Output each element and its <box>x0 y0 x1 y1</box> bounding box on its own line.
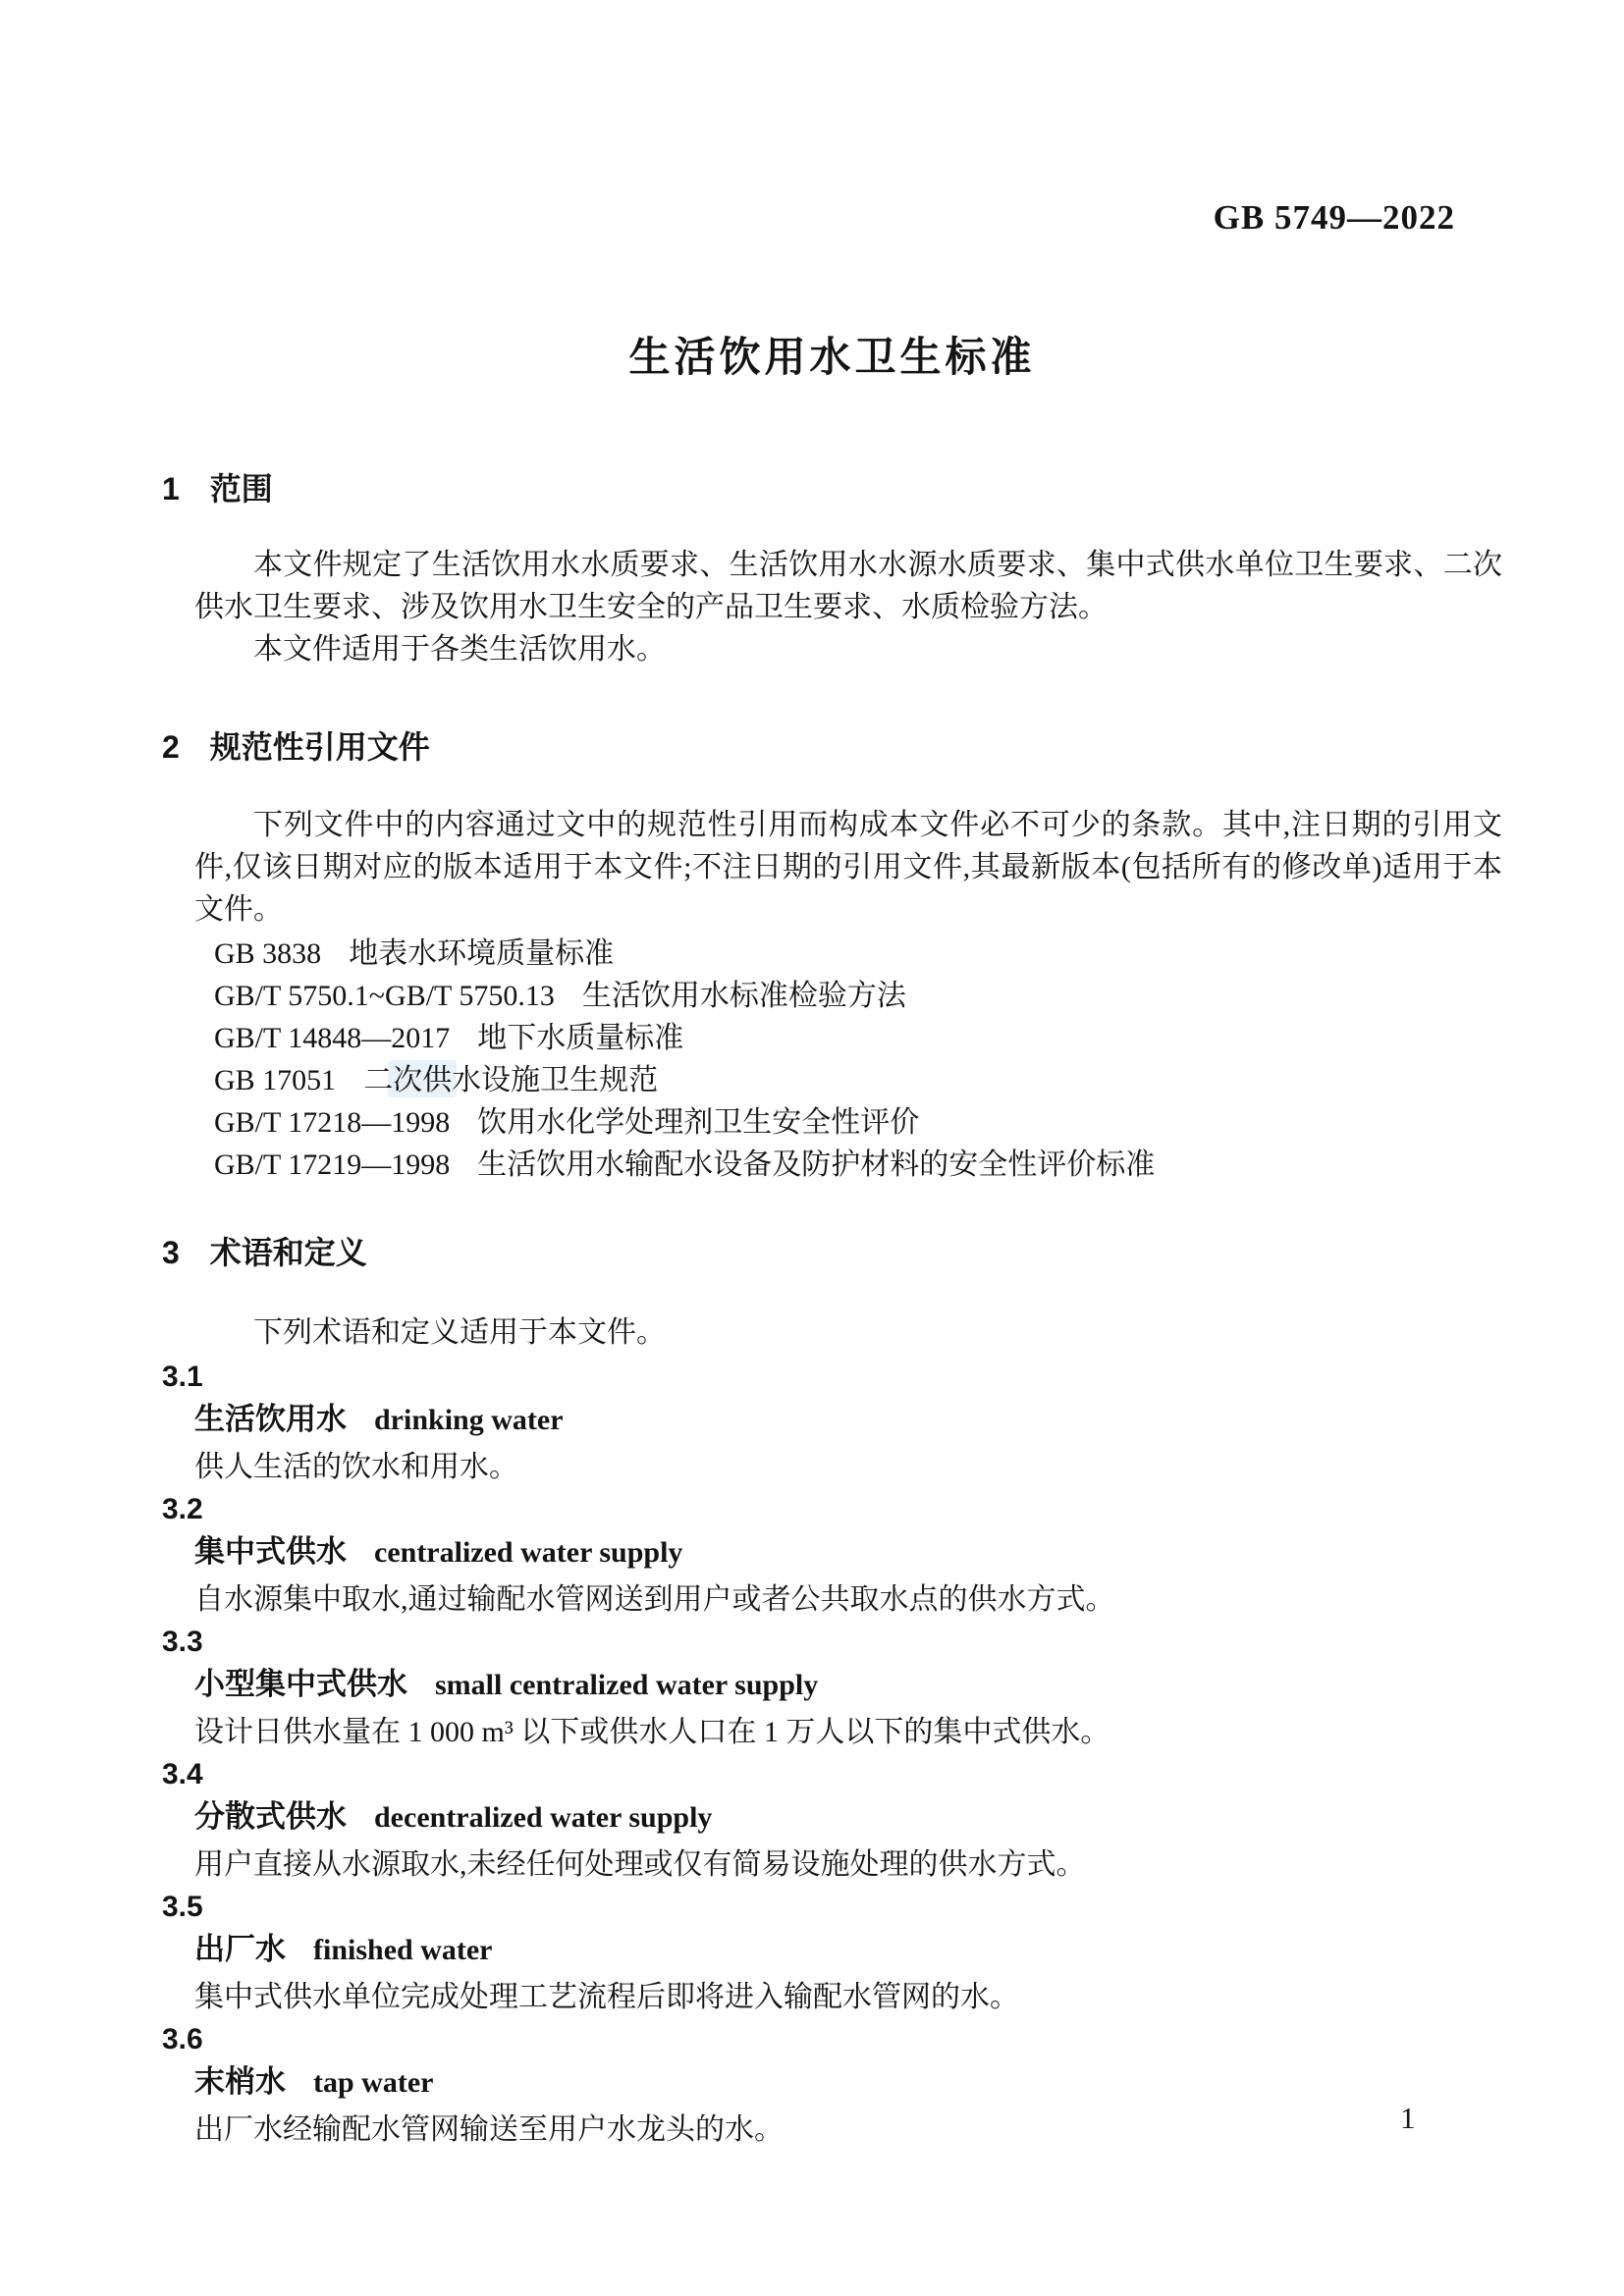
definition-list: 3.1 生活饮用水drinking water 供人生活的饮水和用水。 3.2 … <box>162 1356 1502 2151</box>
section-3-title: 术语和定义 <box>210 1235 367 1270</box>
definition-block: 3.3 小型集中式供水small centralized water suppl… <box>162 1621 1502 1753</box>
definition-text: 用户直接从水源取水,未经任何处理或仅有简易设施处理的供水方式。 <box>194 1843 1502 1886</box>
section-2-number: 2 <box>162 727 180 767</box>
reference-name: 生活饮用水输配水设备及防护材料的安全性评价标准 <box>477 1144 1155 1186</box>
reference-item: GB/T 17219—1998生活饮用水输配水设备及防护材料的安全性评价标准 <box>214 1144 1502 1186</box>
definition-text: 设计日供水量在 1 000 m³ 以下或供水人口在 1 万人以下的集中式供水。 <box>194 1711 1502 1753</box>
definition-id: 3.4 <box>162 1753 1502 1795</box>
definition-term-zh: 分散式供水 <box>194 1799 347 1834</box>
definition-term-en: small centralized water supply <box>435 1664 818 1706</box>
definition-block: 3.1 生活饮用水drinking water 供人生活的饮水和用水。 <box>162 1356 1502 1488</box>
definition-term: 小型集中式供水small centralized water supply <box>194 1663 1502 1711</box>
definition-block: 3.5 出厂水finished water 集中式供水单位完成处理工艺流程后即将… <box>162 1886 1502 2018</box>
definition-term: 出厂水finished water <box>194 1928 1502 1976</box>
definition-term-en: drinking water <box>374 1399 564 1441</box>
definition-term-zh: 小型集中式供水 <box>194 1667 407 1701</box>
definition-term: 末梢水tap water <box>194 2060 1502 2109</box>
section-2-paragraph: 下列文件中的内容通过文中的规范性引用而构成本文件必不可少的条款。其中,注日期的引… <box>194 804 1502 931</box>
page-content: GB 5749—2022 生活饮用水卫生标准 1 范围 本文件规定了生活饮用水水… <box>162 0 1502 2151</box>
doc-number: GB 5749—2022 <box>162 198 1502 238</box>
section-1-number: 1 <box>162 469 180 508</box>
section-3-intro: 下列术语和定义适用于本文件。 <box>194 1311 1502 1354</box>
definition-term: 生活饮用水drinking water <box>194 1398 1502 1446</box>
definition-term-zh: 出厂水 <box>194 1932 286 1966</box>
reference-code: GB/T 5750.1~GB/T 5750.13 <box>214 980 555 1012</box>
reference-name: 二次供水设施卫生规范 <box>363 1059 658 1101</box>
section-1-title: 范围 <box>210 471 273 507</box>
definition-id: 3.3 <box>162 1621 1502 1663</box>
doc-title: 生活饮用水卫生标准 <box>162 330 1502 385</box>
definition-text: 自水源集中取水,通过输配水管网送到用户或者公共取水点的供水方式。 <box>194 1578 1502 1621</box>
definition-term-en: centralized water supply <box>374 1531 682 1574</box>
definition-term: 分散式供水decentralized water supply <box>194 1795 1502 1843</box>
reference-name: 生活饮用水标准检验方法 <box>582 975 906 1017</box>
definition-term: 集中式供水centralized water supply <box>194 1530 1502 1578</box>
definition-text: 供人生活的饮水和用水。 <box>194 1446 1502 1488</box>
reference-code: GB 3838 <box>214 937 321 970</box>
definition-block: 3.6 末梢水tap water 出厂水经输配水管网输送至用户水龙头的水。 <box>162 2018 1502 2151</box>
section-3-number: 3 <box>162 1233 180 1272</box>
section-2-title: 规范性引用文件 <box>210 729 430 765</box>
reference-name: 地表水环境质量标准 <box>349 933 614 975</box>
section-2-heading: 2 规范性引用文件 <box>162 727 1502 767</box>
reference-code: GB 17051 <box>214 1064 336 1096</box>
definition-term-zh: 末梢水 <box>194 2064 286 2099</box>
definition-id: 3.5 <box>162 1886 1502 1928</box>
reference-item: GB 17051二次供水设施卫生规范 <box>214 1059 1502 1101</box>
reference-list: GB 3838地表水环境质量标准 GB/T 5750.1~GB/T 5750.1… <box>162 933 1502 1186</box>
definition-id: 3.2 <box>162 1488 1502 1530</box>
definition-block: 3.2 集中式供水centralized water supply 自水源集中取… <box>162 1488 1502 1621</box>
definition-text: 出厂水经输配水管网输送至用户水龙头的水。 <box>194 2109 1502 2151</box>
reference-item: GB 3838地表水环境质量标准 <box>214 933 1502 975</box>
section-1-paragraph-2: 本文件适用于各类生活饮用水。 <box>194 628 1502 670</box>
reference-name: 地下水质量标准 <box>477 1017 683 1059</box>
section-3-heading: 3 术语和定义 <box>162 1233 1502 1272</box>
definition-term-en: finished water <box>313 1929 493 1971</box>
reference-item: GB/T 14848—2017地下水质量标准 <box>214 1017 1502 1059</box>
reference-name: 饮用水化学处理剂卫生安全性评价 <box>477 1101 919 1144</box>
reference-code: GB/T 14848—2017 <box>214 1022 450 1054</box>
reference-item: GB/T 17218—1998饮用水化学处理剂卫生安全性评价 <box>214 1101 1502 1144</box>
reference-code: GB/T 17219—1998 <box>214 1148 450 1181</box>
definition-id: 3.1 <box>162 1356 1502 1398</box>
section-1-paragraph-1: 本文件规定了生活饮用水水质要求、生活饮用水水源水质要求、集中式供水单位卫生要求、… <box>194 544 1502 628</box>
definition-term-zh: 生活饮用水 <box>194 1402 347 1436</box>
definition-term-zh: 集中式供水 <box>194 1534 347 1569</box>
reference-code: GB/T 17218—1998 <box>214 1106 450 1139</box>
reference-item: GB/T 5750.1~GB/T 5750.13生活饮用水标准检验方法 <box>214 975 1502 1017</box>
document-page: GB 5749—2022 生活饮用水卫生标准 1 范围 本文件规定了生活饮用水水… <box>0 0 1624 2296</box>
definition-text: 集中式供水单位完成处理工艺流程后即将进入输配水管网的水。 <box>194 1976 1502 2018</box>
definition-id: 3.6 <box>162 2018 1502 2060</box>
definition-term-en: tap water <box>313 2061 433 2104</box>
section-1-heading: 1 范围 <box>162 469 1502 508</box>
definition-block: 3.4 分散式供水decentralized water supply 用户直接… <box>162 1753 1502 1886</box>
definition-term-en: decentralized water supply <box>374 1796 712 1839</box>
